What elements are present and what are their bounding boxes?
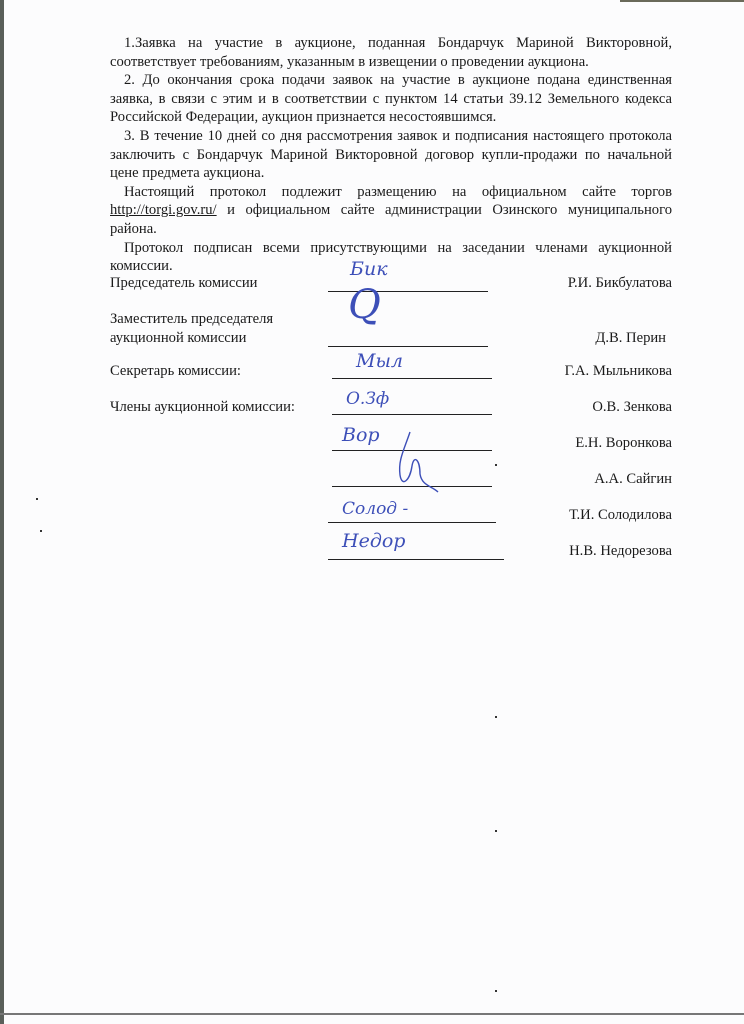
scan-edge-bottom xyxy=(0,1013,744,1015)
signatory-name: Т.И. Солодилова xyxy=(569,506,672,525)
signature-line xyxy=(328,559,504,560)
signatory-name: Е.Н. Воронкова xyxy=(575,434,672,453)
scan-speck xyxy=(36,498,38,500)
closing-paragraph: Протокол подписан всеми присутствующими … xyxy=(110,239,672,276)
signatory-role: Председатель комиссии xyxy=(110,274,257,293)
scan-speck xyxy=(495,716,497,718)
signature-scribble xyxy=(380,430,450,500)
signature-mark: Недор xyxy=(342,532,405,551)
signatory-deputy: Заместитель председателя аукционной коми… xyxy=(110,310,672,350)
signatory-role-line2: аукционной комиссии xyxy=(110,329,246,348)
signature-mark: Солод - xyxy=(342,500,408,519)
torgi-link[interactable]: http://torgi.gov.ru/ xyxy=(110,202,217,218)
signature-mark: Q xyxy=(348,296,381,315)
paragraph-2: 2. До окончания срока подачи заявок на у… xyxy=(110,71,672,127)
signatory-name: О.В. Зенкова xyxy=(592,398,672,417)
scan-speck xyxy=(495,464,497,466)
signature-mark: Вор xyxy=(342,426,380,445)
signatory-chairman: Председатель комиссии Бик Р.И. Бикбулато… xyxy=(110,274,672,294)
signature-mark: О.Зф xyxy=(346,390,389,409)
signatory-member-5: Недор Н.В. Недорезова xyxy=(110,542,672,562)
signatory-role: Секретарь комиссии: xyxy=(110,362,241,381)
protocol-body: 1.Заявка на участие в аукционе, поданная… xyxy=(110,34,672,276)
signatory-name: Р.И. Бикбулатова xyxy=(568,274,672,293)
signatory-role-line1: Заместитель председателя xyxy=(110,310,273,329)
signature-mark: Бик xyxy=(350,260,388,279)
paragraph-1: 1.Заявка на участие в аукционе, поданная… xyxy=(110,34,672,71)
signatory-name: Г.А. Мыльникова xyxy=(565,362,672,381)
scan-speck xyxy=(495,990,497,992)
signatory-name: Д.В. Перин xyxy=(595,329,666,348)
signature-line xyxy=(332,378,492,379)
signature-line xyxy=(328,346,488,347)
signatory-member-3: А.А. Сайгин xyxy=(110,470,672,490)
signature-mark: Мыл xyxy=(356,352,403,371)
signatory-secretary: Секретарь комиссии: Мыл Г.А. Мыльникова xyxy=(110,362,672,382)
signatory-role: Члены аукционной комиссии: xyxy=(110,398,295,417)
scan-edge-top xyxy=(620,0,744,2)
signature-line xyxy=(332,414,492,415)
scan-edge-left xyxy=(0,0,4,1024)
scan-speck xyxy=(40,530,42,532)
scan-speck xyxy=(495,830,497,832)
signatory-member-1: Члены аукционной комиссии: О.Зф О.В. Зен… xyxy=(110,398,672,418)
signature-line xyxy=(328,522,496,523)
publication-paragraph: Настоящий протокол подлежит размещению н… xyxy=(110,183,672,239)
signatory-member-4: Солод - Т.И. Солодилова xyxy=(110,506,672,526)
signatory-name: А.А. Сайгин xyxy=(594,470,672,489)
signatory-name: Н.В. Недорезова xyxy=(569,542,672,561)
paragraph-3: 3. В течение 10 дней со дня рассмотрения… xyxy=(110,127,672,183)
publication-prefix: Настоящий протокол подлежит размещению н… xyxy=(124,184,672,200)
